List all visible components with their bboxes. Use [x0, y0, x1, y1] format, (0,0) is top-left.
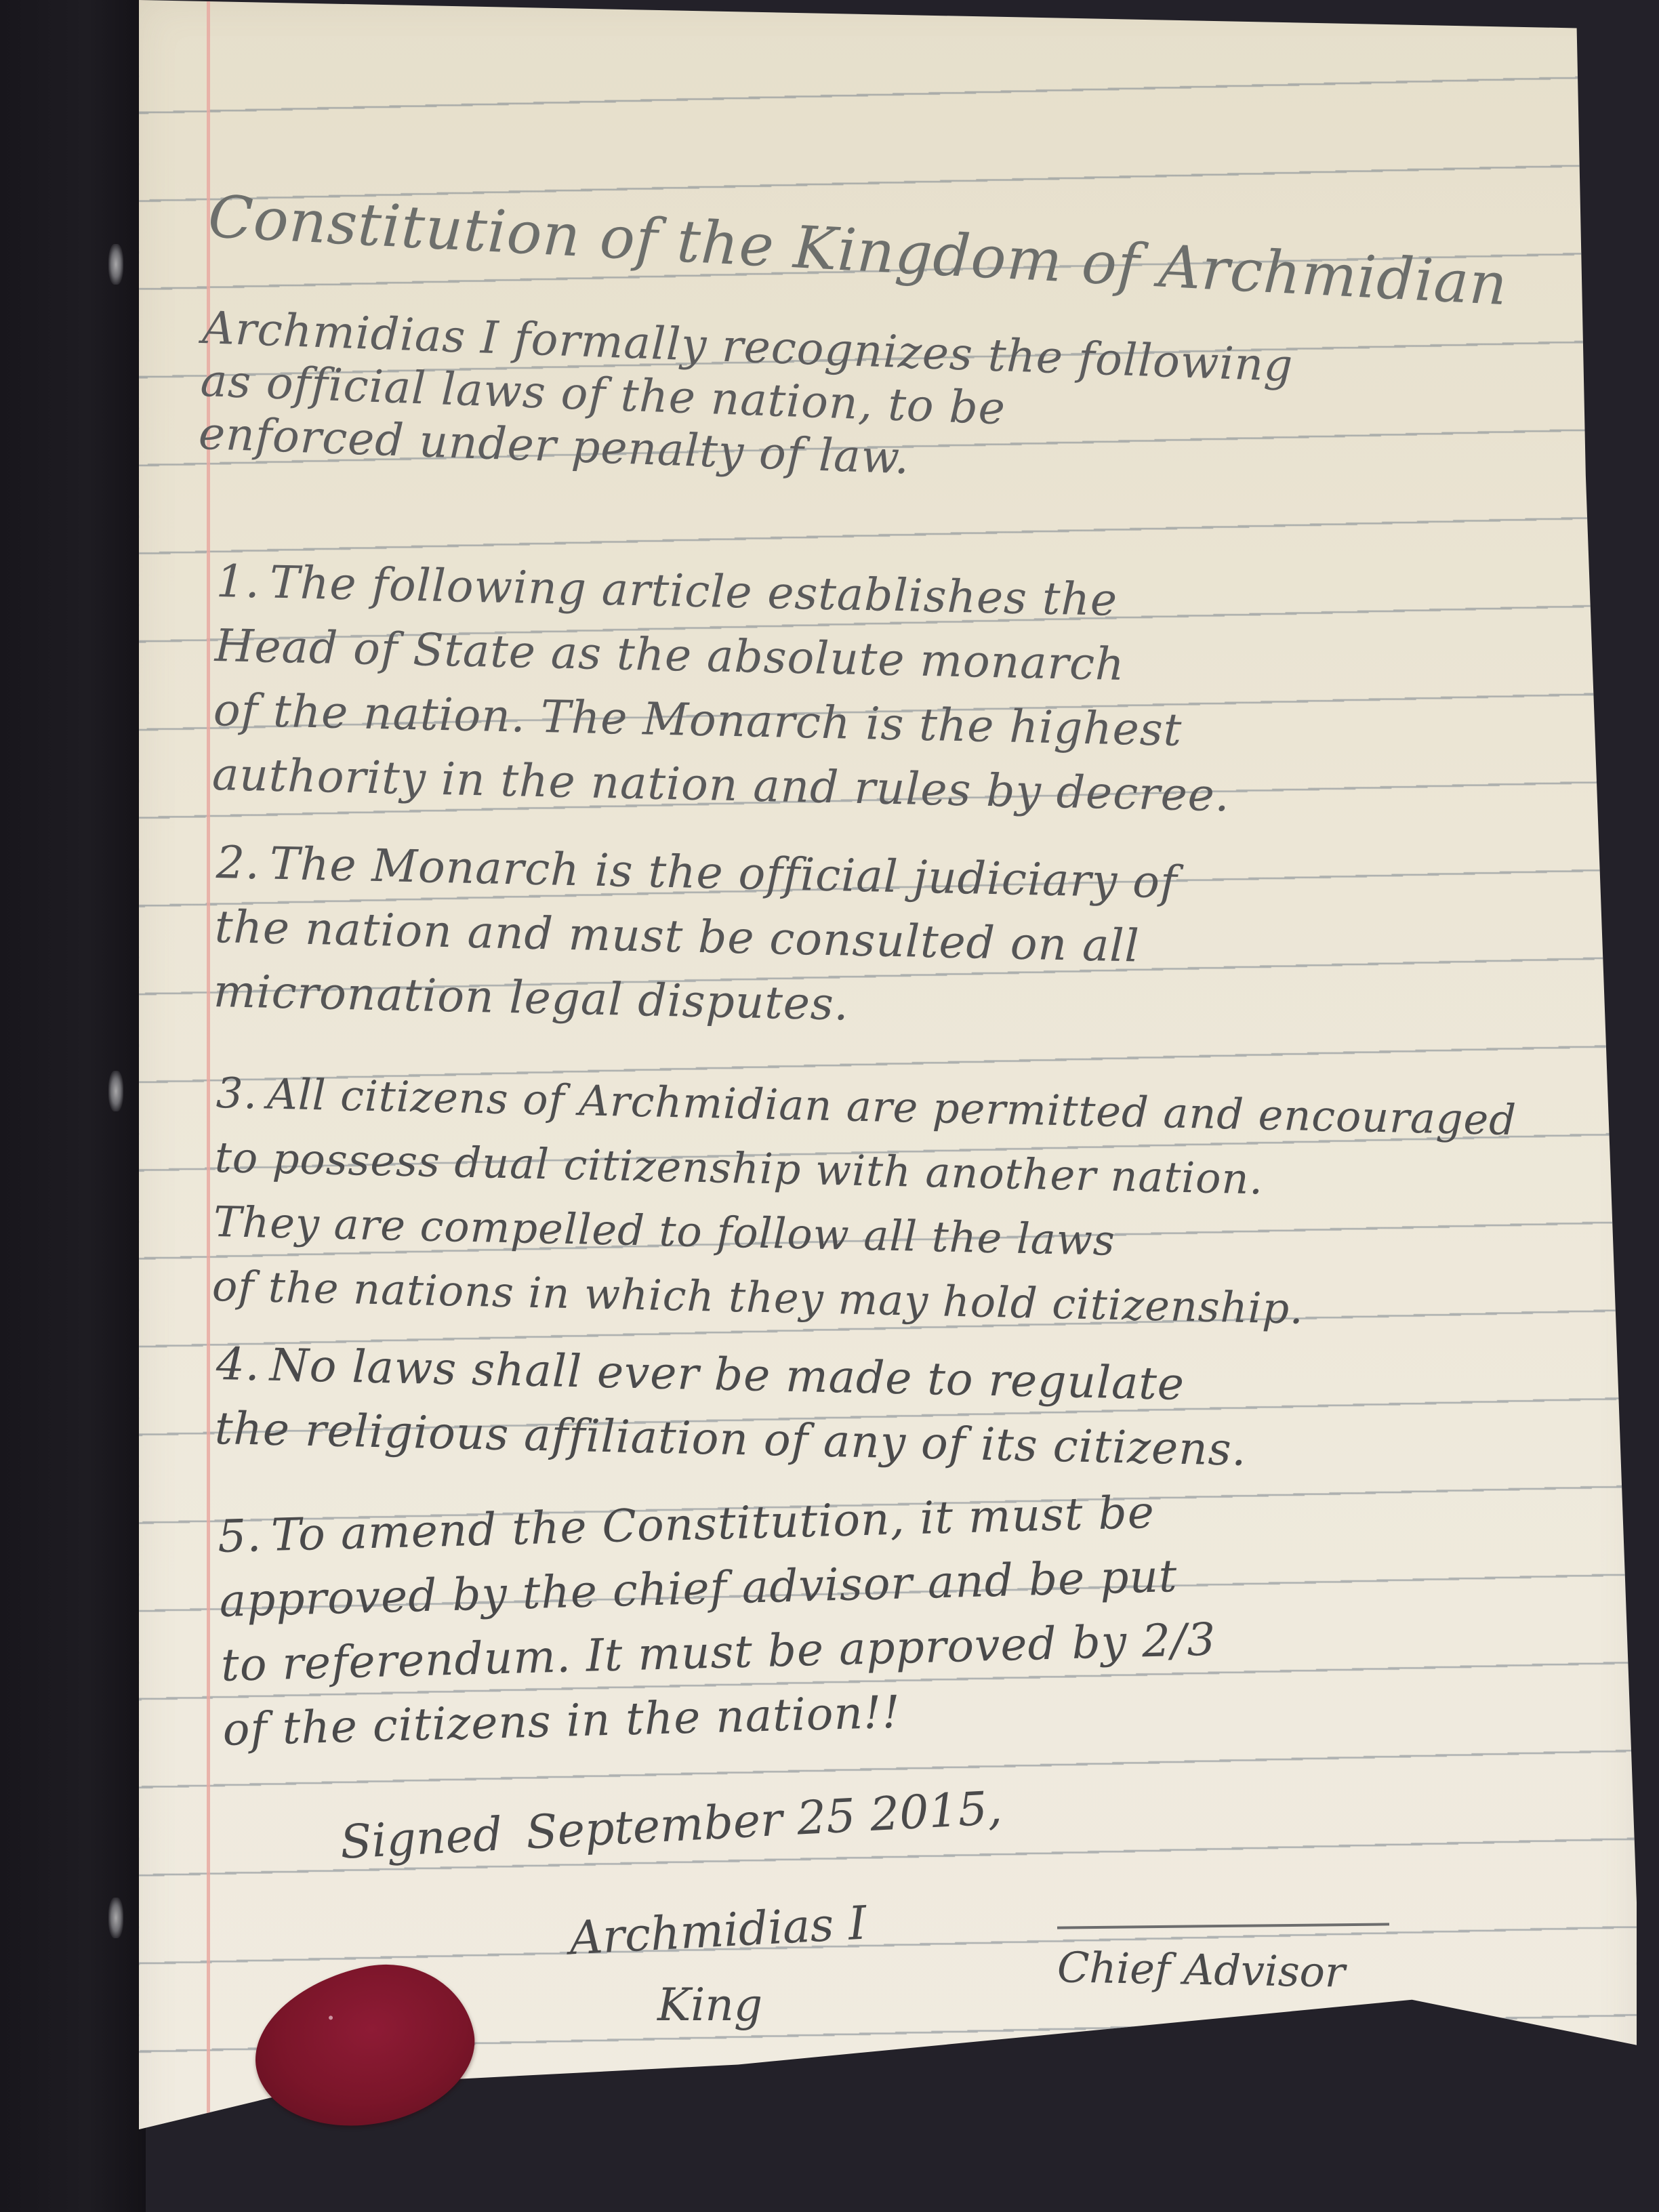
binder-ring — [108, 1071, 123, 1111]
binder-ring — [108, 1898, 123, 1938]
article-3: 3.All citizens of Archmidian are permitt… — [211, 1061, 1517, 1345]
article-number: 5. — [217, 1509, 262, 1563]
article-4: 4.No laws shall ever be made to regulate… — [214, 1332, 1249, 1482]
article-text: The following article establishes the — [269, 556, 1118, 626]
article-number: 3. — [216, 1068, 258, 1118]
article-number: 4. — [216, 1338, 261, 1391]
article-1: 1.The following article establishes the … — [211, 549, 1235, 827]
signer-title: King — [657, 1979, 762, 2031]
article-number: 2. — [216, 836, 261, 889]
article-5: 5.To amend the Constitution, it must be … — [217, 1479, 1218, 1762]
advisor-title: Chief Advisor — [1057, 1942, 1345, 1996]
article-number: 1. — [216, 555, 261, 608]
binder-edge — [0, 0, 146, 2212]
signed-label: Signed — [339, 1807, 504, 1869]
binder-ring — [108, 244, 123, 285]
article-2: 2.The Monarch is the official judiciary … — [213, 830, 1178, 1044]
